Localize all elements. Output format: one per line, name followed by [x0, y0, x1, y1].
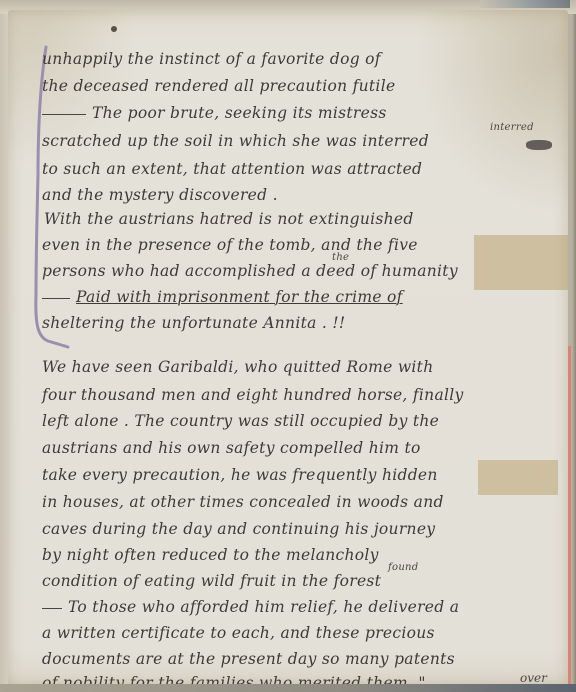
scan-bottom-edge: [0, 684, 576, 692]
text-line: caves during the day and continuing his …: [42, 520, 435, 538]
interlinear-insertion: interred: [490, 122, 534, 133]
text-line: persons who had accomplished a deed of h…: [42, 262, 458, 280]
text-line: To those who afforded him relief, he del…: [42, 598, 459, 616]
text-line: With the austrians hatred is not extingu…: [44, 210, 414, 228]
text-line: austrians and his own safety compelled h…: [42, 439, 421, 457]
text-line-content: Paid with imprisonment for the crime of: [76, 288, 403, 306]
text-line: a written certificate to each, and these…: [42, 624, 435, 642]
tape-stain: [474, 235, 568, 290]
text-line-content: The poor brute, seeking its mistress: [92, 104, 387, 122]
text-line: documents are at the present day so many…: [42, 650, 455, 668]
text-line: We have seen Garibaldi, who quitted Rome…: [42, 358, 434, 376]
text-line: and the mystery discovered .: [42, 186, 278, 204]
page-turn-note: over: [520, 671, 547, 685]
dash-mark: [42, 298, 70, 299]
manuscript-page: unhappily the instinct of a favorite dog…: [8, 10, 568, 686]
dash-mark: [42, 608, 62, 609]
text-line: take every precaution, he was frequently…: [42, 466, 438, 484]
interlinear-insertion: found: [388, 562, 419, 573]
text-line: in houses, at other times concealed in w…: [42, 493, 444, 511]
crossed-out-word: [526, 140, 552, 150]
tape-stain: [478, 460, 558, 495]
text-line: scratched up the soil in which she was i…: [42, 132, 429, 150]
text-line: left alone . The country was still occup…: [42, 412, 439, 430]
text-line: unhappily the instinct of a favorite dog…: [42, 50, 381, 68]
text-line: by night often reduced to the melancholy: [42, 546, 379, 564]
text-line: to such an extent, that attention was at…: [42, 160, 422, 178]
dash-mark: [42, 114, 86, 115]
text-line: sheltering the unfortunate Annita . !!: [42, 314, 345, 332]
text-line-content: To those who afforded him relief, he del…: [68, 598, 459, 616]
text-line: The poor brute, seeking its mistress: [42, 104, 387, 122]
text-line: the deceased rendered all precaution fut…: [42, 77, 395, 95]
margin-rule: [568, 346, 571, 692]
text-line: even in the presence of the tomb, and th…: [42, 236, 418, 254]
ink-blot: [111, 26, 117, 32]
text-line: Paid with imprisonment for the crime of: [42, 288, 403, 306]
text-line: four thousand men and eight hundred hors…: [42, 386, 464, 404]
manuscript-scan: unhappily the instinct of a favorite dog…: [0, 0, 576, 692]
text-line: condition of eating wild fruit in the fo…: [42, 572, 381, 590]
interlinear-insertion: the: [332, 252, 349, 263]
